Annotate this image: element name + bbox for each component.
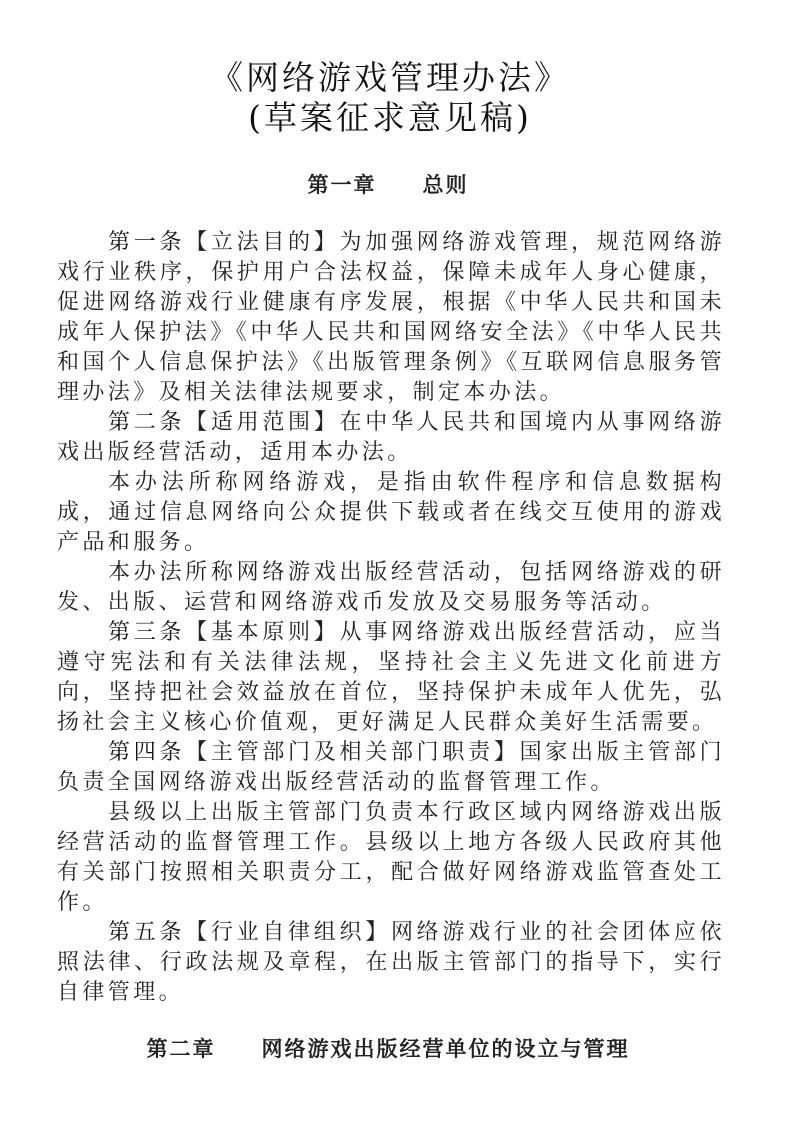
article-heading: 【主管部门及相关部门职责】	[185, 740, 519, 765]
article-2-paragraph: 第二条【适用范围】在中华人民共和国境内从事网络游戏出版经营活动，适用本办法。	[57, 408, 725, 468]
article-4-paragraph-2: 县级以上出版主管部门负责本行政区域内网络游戏出版经营活动的监督管理工作。县级以上…	[57, 798, 725, 918]
document-subtitle: (草案征求意见稿)	[0, 98, 780, 138]
document-page: 《网络游戏管理办法》 (草案征求意见稿) 第一章 总则 第一条【立法目的】为加强…	[0, 0, 800, 1140]
paragraph-text: 本办法所称网络游戏出版经营活动，包括网络游戏的研发、出版、运营和网络游戏币发放及…	[57, 560, 725, 615]
chapter-heading-1: 第一章 总则	[0, 170, 776, 200]
article-heading: 【基本原则】	[185, 620, 339, 645]
article-number: 第三条	[108, 620, 185, 645]
paragraph-text: 县级以上出版主管部门负责本行政区域内网络游戏出版经营活动的监督管理工作。县级以上…	[57, 800, 725, 915]
article-1-paragraph: 第一条【立法目的】为加强网络游戏管理，规范网络游戏行业秩序，保护用户合法权益，保…	[57, 228, 725, 408]
article-2-paragraph-3: 本办法所称网络游戏出版经营活动，包括网络游戏的研发、出版、运营和网络游戏币发放及…	[57, 558, 725, 618]
document-title: 《网络游戏管理办法》	[0, 58, 780, 98]
chapter-heading-2: 第二章 网络游戏出版经营单位的设立与管理	[0, 1034, 776, 1064]
article-5-paragraph: 第五条【行业自律组织】网络游戏行业的社会团体应依照法律、行政法规及章程，在出版主…	[57, 918, 725, 1008]
article-2-paragraph-2: 本办法所称网络游戏，是指由软件程序和信息数据构成，通过信息网络向公众提供下载或者…	[57, 468, 725, 558]
article-number: 第一条	[108, 230, 185, 255]
article-number: 第五条	[108, 920, 185, 945]
article-heading: 【行业自律组织】	[185, 920, 391, 945]
article-heading: 【适用范围】	[185, 410, 339, 435]
paragraph-text: 本办法所称网络游戏，是指由软件程序和信息数据构成，通过信息网络向公众提供下载或者…	[57, 470, 725, 555]
article-4-paragraph: 第四条【主管部门及相关部门职责】国家出版主管部门负责全国网络游戏出版经营活动的监…	[57, 738, 725, 798]
document-body: 第一条【立法目的】为加强网络游戏管理，规范网络游戏行业秩序，保护用户合法权益，保…	[57, 228, 725, 1008]
article-3-paragraph: 第三条【基本原则】从事网络游戏出版经营活动，应当遵守宪法和有关法律法规，坚持社会…	[57, 618, 725, 738]
article-text: 为加强网络游戏管理，规范网络游戏行业秩序，保护用户合法权益，保障未成年人身心健康…	[57, 230, 725, 405]
article-number: 第二条	[108, 410, 185, 435]
article-number: 第四条	[108, 740, 185, 765]
article-heading: 【立法目的】	[185, 230, 339, 255]
